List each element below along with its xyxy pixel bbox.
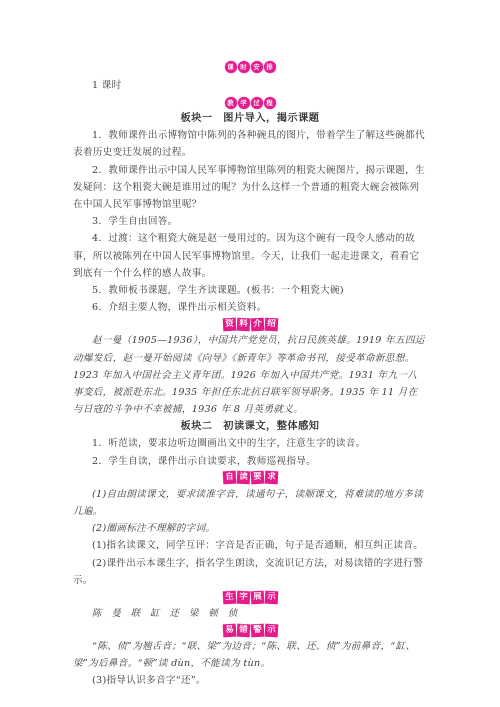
lesson-plan-page: 课时安排 1 课时 教学过程 板块一 图片导入，揭示课题 1．教师课件出示博物馆… — [73, 0, 427, 690]
char: 联 — [131, 605, 140, 622]
schedule-badge: 课时安排 — [73, 60, 427, 74]
block1-item-2: 2．教师课件出示中国人民军事博物馆里陈列的粗瓷大碗图片，揭示课题，生发疑问：这个… — [73, 162, 427, 214]
selfread-badge: 自读要求 — [73, 470, 427, 486]
block1-item-3: 3．学生自由回答。 — [73, 213, 427, 230]
char: 侦 — [228, 605, 237, 622]
char: 缸 — [150, 605, 159, 622]
block2-title: 板块二 初读课文，整体感知 — [73, 418, 427, 435]
warn-badge: 易错警示 — [73, 622, 427, 638]
step-3: (3)指导认识多音字“还”。 — [73, 672, 427, 689]
block2-item-1: 1．听范读，要求边听边圈画出文中的生字，注意生字的读音。 — [73, 435, 427, 452]
schedule-text: 1 课时 — [73, 77, 427, 94]
char: 陈 — [92, 605, 101, 622]
block1-item-6: 6．介绍主要人物，课件出示相关资料。 — [73, 299, 427, 316]
block2-item-2: 2．学生自读，课件出示自读要求，教师巡视指导。 — [73, 453, 427, 470]
block1-item-4: 4．过渡：这个粗瓷大碗是赵一曼用过的。因为这个碗有一段令人感动的故事，所以被陈列… — [73, 230, 427, 282]
char: 曼 — [111, 605, 120, 622]
char: 顿 — [208, 605, 217, 622]
step-1: (1)指名读课文，同学互评：字音是否正确，句子是否通顺，相互纠正读音。 — [73, 537, 427, 554]
char: 梁 — [189, 605, 198, 622]
step-2: (2)课件出示本课生字，指名学生朗读，交流识记方法，对易读错的字进行警示。 — [73, 555, 427, 589]
char: 还 — [170, 605, 179, 622]
info-badge: 资料介绍 — [73, 316, 427, 332]
block1-title: 板块一 图片导入，揭示课题 — [73, 110, 427, 127]
process-badge: 教学过程 — [73, 96, 427, 110]
info-text: 赵一曼（1905—1936），中国共产党党员，抗日民族英雄。1919 年五四运动… — [73, 332, 427, 418]
selfread-req-1: (1)自由朗读课文，要求读准字音，读通句子，读顺课文，将难读的地方多读几遍。 — [73, 486, 427, 520]
block1-item-1: 1．教师课件出示博物馆中陈列的各种碗具的图片，带着学生了解这些碗都代表着历史变迁… — [73, 127, 427, 161]
chars-badge: 生字展示 — [73, 589, 427, 605]
selfread-req-2: (2)圈画标注不理解的字词。 — [73, 520, 427, 537]
warn-text: “陈、侦”为翘舌音；“联、梁”为边音；“陈、联、还、侦”为前鼻音，“缸、梁”为后… — [73, 638, 427, 672]
new-chars-list: 陈曼联缸还梁顿侦 — [73, 605, 427, 622]
block1-item-5: 5．教师板书课题，学生齐读课题。(板书：一个粗瓷大碗) — [73, 282, 427, 299]
